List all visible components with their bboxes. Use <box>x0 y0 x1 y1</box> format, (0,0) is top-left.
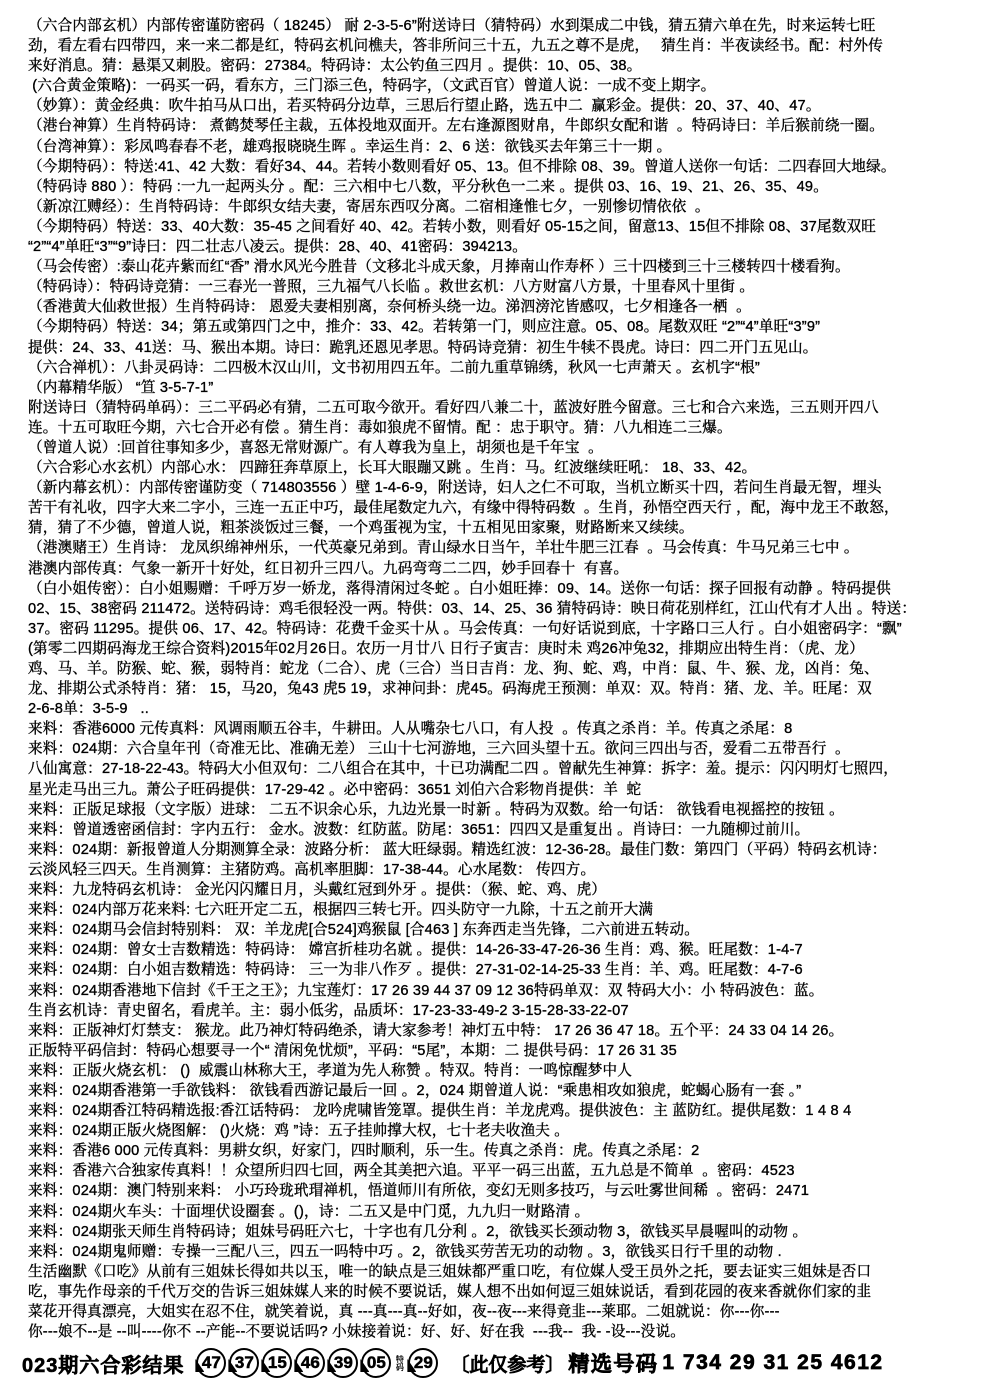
text-line: 星光走马出三九。萧公子旺码提供：17-29-42 。必中密码：3651 刘伯六合… <box>28 780 988 800</box>
document-text-body: （六合内部玄机）内部传密谨防密码（ 18245） 耐 2-3-5-6”附送诗曰（… <box>28 16 988 1342</box>
text-line: 八仙寓意：27-18-22-43。特码大小但双句：二八组合在其中，十已功满配二四… <box>28 759 988 779</box>
text-line: 龙、排期公式杀特肖：猪： 15，马20，兔43 虎5 19，求神问卦：虎45。码… <box>28 679 988 699</box>
text-line: 正版特平码信封：特码心想要寻一个“ 清闲免忧烦”，平码：“5尾”，本期：二 提供… <box>28 1041 988 1061</box>
text-line: 劲，看左看右四带四，来一来二都是红，特码玄机问樵夫，答非所问三十五，九五之尊不是… <box>28 36 988 56</box>
text-line: 云淡风轻三四天。生肖测算：主猪防鸡。高机率胆脚：17-38-44。心水尾数： 传… <box>28 860 988 880</box>
text-line: （港台神算）生肖特码诗： 煮鹤焚琴任主裁，五体投地双面开。左右逢源图财帛，牛郎织… <box>28 116 988 136</box>
text-line: “2”“4”单旺“3”“9”诗曰：四二壮志八凌云。提供：28、40、41密码：3… <box>28 237 988 257</box>
text-line: 来料：024期马会信封特别料： 双：羊龙虎[合524]鸡猴鼠 [合463 ] 东… <box>28 920 988 940</box>
text-line: 来料：024期火车头：十面埋伏设圈套 。()，诗：二五又是中门觅，九九归一财路清… <box>28 1202 988 1222</box>
lottery-result-title: 023期六合彩结果 <box>22 1349 184 1378</box>
text-line: （六合内部玄机）内部传密谨防密码（ 18245） 耐 2-3-5-6”附送诗曰（… <box>28 16 988 36</box>
text-line: 来料：024期张天师生肖特码诗；姐妹号码旺六七，十字也有几分利 。2，欲钱买长颈… <box>28 1222 988 1242</box>
text-line: 02、15、38密码 211472。送特码诗：鸡毛很轻没一两。特供：03、14、… <box>28 599 988 619</box>
text-line: 来料：香港6000 元传真料：风调雨顺五谷丰，牛耕田。人从嘴杂七八口，有人投 。… <box>28 719 988 739</box>
text-line: （白小姐传密）：白小姐赐赠：千呼万岁一娇龙，落得清闲过冬蛇 。白小姐旺捧：09、… <box>28 579 988 599</box>
text-line: 来料：九龙特码玄机诗： 金光闪闪耀日月，头戴红冠到外牙 。提供：（猴、蛇、鸡、虎… <box>28 880 988 900</box>
text-line: 来料：024期香江特码精选报:香江话特码： 龙吟虎啸皆笼罩。提供生肖：羊龙虎鸡。… <box>28 1101 988 1121</box>
text-line: 来料：香港6 000 元传真料：男耕女织，好家门，四时顺利，乐一生。传真之杀肖：… <box>28 1141 988 1161</box>
text-line: （今期特码）：特送:41、42 大数：看好34、44。若转小数则看好 05、13… <box>28 157 988 177</box>
text-line: 来料：024期香港第一手欲钱料： 欲钱看西游记最后一回 。2，024 期曾道人说… <box>28 1081 988 1101</box>
text-line: 提供：24、33、41送：马、猴出本期。诗曰：跪乳还恩见孝思。特码诗竞猜：初生牛… <box>28 338 988 358</box>
text-line: （内幕精华版） “笪 3-5-7-1” <box>28 378 988 398</box>
text-line: 来料：024期：白小姐吉数精选：特码诗： 三一为非八作歹 。提供：27-31-0… <box>28 960 988 980</box>
text-line: （港澳赌王）生肖诗： 龙凤织绵神州乐，一代英豪兄弟到。青山绿水日当午，羊壮牛肥三… <box>28 538 988 558</box>
text-line: 来料：024期正版火烧图解： ()火烧：鸡 ”诗：五子挂帅撑大权，七十老夫收渔夫… <box>28 1121 988 1141</box>
text-line: （新内幕玄机）：内部传密谨防变（ 714803556 ）壁 1-4-6-9，附送… <box>28 478 988 498</box>
lotto-ball: 39 <box>328 1348 358 1378</box>
lottery-result-footer: 023期六合彩结果 473715463905特码29 〔此仅参考〕 精选号码 1… <box>22 1348 884 1378</box>
selected-numbers-label: 精选号码 <box>568 1348 658 1378</box>
selected-numbers: 1 734 29 31 25 4612 <box>662 1351 883 1375</box>
text-line: (六合黄金策略)：一码买一码，看东方，三门添三色，特码字，（文武百官）曾道人说：… <box>28 76 988 96</box>
text-line: 港澳内部传真：气象一新开十好处，红日初升三四八。九码弯弯二二四，妙手回春十 有喜… <box>28 559 988 579</box>
text-line: 来料：正版足球报（文字版）进球： 二五不识余心乐，九边光景一时新 。特码为双数。… <box>28 800 988 820</box>
text-line: 2-6-8单：3-5-9 .. <box>28 699 988 719</box>
text-line: （台湾神算）：彩凤鸣春春不老，雄鸡报晓晓生晖 。幸运生肖：2、6 送：欲钱买去年… <box>28 137 988 157</box>
text-line: 附送诗曰（猜特码单码）：三二平码必有猜，二五可取今欲开。看好四八兼二十，蓝波好胜… <box>28 398 988 418</box>
text-line: 苦干有礼收，四字大来二字小，三连一五正中巧，最佳尾数定九六，有缘中得特码数 。生… <box>28 498 988 518</box>
lotto-ball: 15 <box>262 1348 292 1378</box>
text-line: 来料：024期鬼师赠：专操一三配八三，四五一吗特中巧 。2，欲钱买劳苦无功的动物… <box>28 1242 988 1262</box>
text-line: 菜花开得真漂亮，大姐实在忍不住，就笑着说，真 ---真---真--好如，夜--夜… <box>28 1302 988 1322</box>
text-line: 吃，事先作母亲的千代万交的告诉三姐妹媒人来的时候不要说话，媒人想不出如何逗三姐妹… <box>28 1282 988 1302</box>
text-line: （六合禅机）：八卦灵码诗：二四极木汉山川，文书初用四五年。二前九重草锦绣，秋风一… <box>28 358 988 378</box>
text-line: (第零二四期码海龙王综合资料)2015年02月26日。农历一月廿八 日行子寅吉：… <box>28 639 988 659</box>
text-line: （马会传密）:泰山花卉紫而红“香” 滑水风光今胜昔（文移北斗成天象，月捧南山作寿… <box>28 257 988 277</box>
text-line: 来料：024期：曾女士吉数精选：特码诗： 嫦宫折桂功名就 。提供：14-26-3… <box>28 940 988 960</box>
text-line: 来料：024期香港地下信封《千王之王》；九宝莲灯：17 26 39 44 37 … <box>28 981 988 1001</box>
text-line: （六合彩心水玄机）内部心水： 四蹄狂奔草原上，长耳大眼蹦又跳 。生肖：马。红波继… <box>28 458 988 478</box>
text-line: 来料：024内部万花来料: 七六旺开定二五，根据四三转七开。四头防守一九除，十五… <box>28 900 988 920</box>
lotto-ball: 47 <box>196 1348 226 1378</box>
text-line: （今期特码）特送：34；第五或第四门之中，推介：33、42。若转第一门，则应注意… <box>28 317 988 337</box>
text-line: 来料：正版火烧玄机： () 威震山林称大王，孝道为先人称赞 。特双。特肖：一鸣惊… <box>28 1061 988 1081</box>
special-number-label: 特码 <box>395 1355 404 1371</box>
text-line: 来料：024期：六合皇年刊（奇准无比、准确无差） 三山十七河游地，三六回头望十五… <box>28 739 988 759</box>
text-line: （香港黄大仙救世报）生肖特码诗： 恩爱夫妻相别离，奈何桥头绕一边。涕泗滂沱皆感叹… <box>28 297 988 317</box>
text-line: 来料：024期：新报曾道人分期测算全录：波路分析： 蓝大旺绿弱。精选红波：12-… <box>28 840 988 860</box>
text-line: （特码诗 880 ）：特码 :一九一起两头分 。配：三六相中七八数，平分秋色一二… <box>28 177 988 197</box>
text-line: （今期特码）特送：33、40大数：35-45 之间看好 40、42。若转小数，则… <box>28 217 988 237</box>
text-line: （新凉江赙经）：生肖特码诗：牛郎织女结夫妻，寄居东西叹分离。二宿相逢惟七夕，一别… <box>28 197 988 217</box>
text-line: 生活幽默《口吃》从前有三姐妹长得如共以玉，唯一的缺点是三姐妹都严重口吃，有位媒人… <box>28 1262 988 1282</box>
text-line: 你---娘不--是 --叫----你不 --产能--不要说话吗? 小妹接着说：好… <box>28 1322 988 1342</box>
text-line: 来好消息。猜：悬渠又刺股。密码：27384。特码诗：太公钓鱼三四月 。提供：10… <box>28 56 988 76</box>
text-line: 来料：正版神灯灯禁支： 猴龙。此乃神灯特码绝杀，请大家参考！神灯五中特： 17 … <box>28 1021 988 1041</box>
lotto-ball: 29 <box>408 1348 438 1378</box>
lotto-ball: 46 <box>295 1348 325 1378</box>
document-page: （六合内部玄机）内部传密谨防密码（ 18245） 耐 2-3-5-6”附送诗曰（… <box>0 0 1004 1388</box>
text-line: （特码诗）：特码诗竞猜：一三春光一普照，三九福气八长临 。救世玄机：八方财富八方… <box>28 277 988 297</box>
reference-note: 〔此仅参考〕 <box>450 1350 564 1377</box>
text-line: 鸡、马、羊。防猴、蛇、猴，弱特肖：蛇龙（二合）、虎（三合）当日吉肖：龙、狗、蛇、… <box>28 659 988 679</box>
text-line: 来料：曾道透密函信封：字内五行： 金水。波数：红防蓝。防尾：3651：四四又是重… <box>28 820 988 840</box>
lotto-ball: 05 <box>361 1348 391 1378</box>
lotto-ball: 37 <box>229 1348 259 1378</box>
text-line: 37。密码 11295。提供 06、17、42。特码诗：花费千金买十从 。马会传… <box>28 619 988 639</box>
text-line: （妙算）：黄金经典：吹牛拍马从口出，若买特码分边草，三思后行望止路，选五中二 赢… <box>28 96 988 116</box>
text-line: 生肖玄机诗：青史留名，看虎羊。主：弱小低劣，品质坏：17-23-33-49-2 … <box>28 1001 988 1021</box>
text-line: 来料：香港六合独家传真料！！众望所归四七回，两全其美把六追。平平一码三出蓝，五九… <box>28 1161 988 1181</box>
text-line: 连。十五可取旺今期，六七合开必有偿 。猜生肖：毒如狼虎不留情。配 ：忠于职守。猜… <box>28 418 988 438</box>
text-line: 来料：024期：澳门特别来料： 小巧玲珑玳瑁禅机，悟道师川有所依，变幻无则多技巧… <box>28 1181 988 1201</box>
text-line: （曾道人说）:回首往事知多少，喜怒无常财源广。有人尊我为皇上，胡须也是千年宝 。 <box>28 438 988 458</box>
lottery-ball-row: 473715463905特码29 <box>196 1348 438 1378</box>
text-line: 猜，猜了不少德，曾道人说，粗茶淡饭过三餐，一个鸡蛋视为宝，十五相见田家聚，财路断… <box>28 518 988 538</box>
